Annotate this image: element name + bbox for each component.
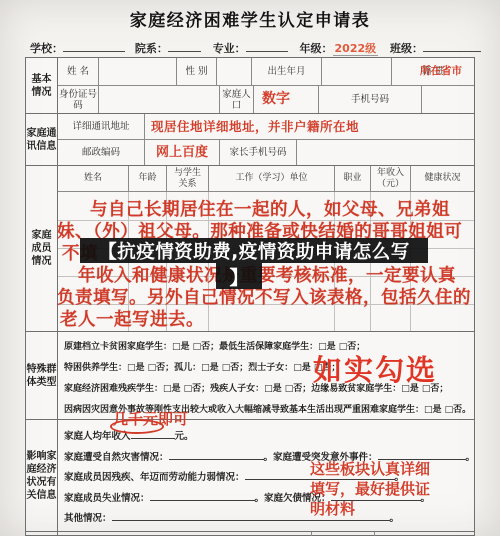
- major-input[interactable]: [246, 41, 288, 52]
- disability-label: 家庭成员因残疾、年迈而劳动能力弱情况：: [64, 472, 245, 483]
- parent-phone-input[interactable]: [296, 140, 474, 165]
- family-size-annotation: 数字: [253, 86, 318, 113]
- members-col-health: 健康状况: [410, 166, 474, 191]
- gender-label: 性 别: [176, 58, 216, 85]
- basic-section-header: 基本 情况: [26, 58, 58, 113]
- name-input[interactable]: [98, 58, 176, 85]
- birth-input[interactable]: [321, 58, 391, 85]
- influence-section-header: 影响家 庭经济 状况有 关信息: [26, 420, 58, 531]
- basic-row-2: 身份证号 码 家庭人 口 数字 手机号码: [58, 85, 474, 113]
- contact-section-header: 家庭通 讯信息: [26, 114, 58, 165]
- birth-label: 出生年月: [251, 58, 321, 85]
- family-size-label: 家庭人 口: [219, 86, 253, 113]
- members-col-occupation: 职业: [334, 166, 370, 191]
- members-table-header: 姓名 年龄 与学生 关系 工作（学习）单位 职业 年收入 （元） 健康状况: [58, 166, 474, 192]
- contact-row-1: 详细通讯地址 现居住地详细地址，并非户籍所在地: [58, 114, 474, 139]
- detail-fill-annotation: 这些板块认真详细 填写，最好提供证 明材料: [310, 459, 430, 519]
- postcode-label: 邮政编码: [58, 140, 144, 165]
- members-col-relation: 与学生 关系: [166, 166, 208, 191]
- contact-row-2: 邮政编码 网上百度 家长手机号码: [58, 139, 474, 165]
- address-label: 详细通讯地址: [58, 114, 144, 139]
- members-col-name: 姓名: [58, 166, 128, 191]
- id-number-input[interactable]: [98, 86, 219, 113]
- phone-input[interactable]: [421, 86, 474, 113]
- name-label: 姓 名: [58, 58, 98, 85]
- postcode-annotation: 网上百度: [144, 140, 219, 165]
- school-info-line: 学校： 院系： 专业： 年级：2022级 班级：: [30, 40, 480, 56]
- origin-label: 籍 贯 所在省市: [391, 58, 474, 85]
- income-unit: 元。: [175, 431, 194, 442]
- members-col-income: 年收入 （元）: [370, 166, 410, 191]
- caption-overlay-line1: 【抗疫情资助费,疫情资助申请怎么写: [80, 238, 428, 263]
- school-label: 学校：: [30, 42, 63, 55]
- unemployment-input[interactable]: [150, 491, 255, 501]
- unemployment-label: 家庭成员失业情况：: [64, 493, 150, 504]
- basic-row-1: 姓 名 性 别 出生年月 籍 贯 所在省市: [58, 58, 474, 85]
- other-label: 其他情况：: [64, 513, 112, 524]
- income-circle-annotation: [110, 419, 164, 434]
- address-annotation: 现居住地详细地址，并非户籍所在地: [144, 114, 474, 139]
- members-annotation-line6: 老人一起写进去。: [60, 306, 204, 331]
- disaster-label: 家庭遭受自然灾害情况：: [64, 452, 169, 463]
- members-col-workunit: 工作（学习）单位: [208, 166, 334, 191]
- gender-input[interactable]: [216, 58, 251, 85]
- section-basic-info: 基本 情况 姓 名 性 别 出生年月 籍 贯 所在省市 身份证号 码: [26, 58, 474, 113]
- department-label: 院系：: [135, 42, 168, 55]
- department-input[interactable]: [168, 41, 201, 52]
- section-contact-info: 家庭通 讯信息 详细通讯地址 现居住地详细地址，并非户籍所在地 邮政编码 网上百…: [26, 113, 474, 165]
- parent-phone-label: 家长手机号码: [219, 140, 296, 165]
- disaster-input[interactable]: [169, 450, 264, 460]
- members-section-header: 家庭 成员 情况: [26, 166, 58, 331]
- school-input[interactable]: [63, 41, 125, 52]
- members-col-age: 年龄: [128, 166, 166, 191]
- application-form-photo: 家庭经济困难学生认定申请表 学校： 院系： 专业： 年级：2022级 班级： 基…: [0, 0, 500, 536]
- grade-value: 2022级: [333, 42, 379, 56]
- phone-label: 手机号码: [318, 86, 421, 113]
- class-label: 班级：: [390, 42, 423, 55]
- form-title: 家庭经济困难学生认定申请表: [0, 6, 500, 31]
- origin-annotation: 所在省市: [420, 66, 462, 77]
- caption-overlay-bracket: 】: [216, 263, 262, 289]
- honest-check-annotation: 如实勾选: [313, 348, 437, 389]
- major-label: 专业：: [213, 42, 246, 55]
- section-next-row-partial: [26, 531, 474, 536]
- grade-label: 年级：: [300, 42, 333, 55]
- id-number-label: 身份证号 码: [58, 86, 98, 113]
- special-section-header: 特殊群 体类型: [26, 332, 58, 419]
- class-input[interactable]: [423, 41, 481, 52]
